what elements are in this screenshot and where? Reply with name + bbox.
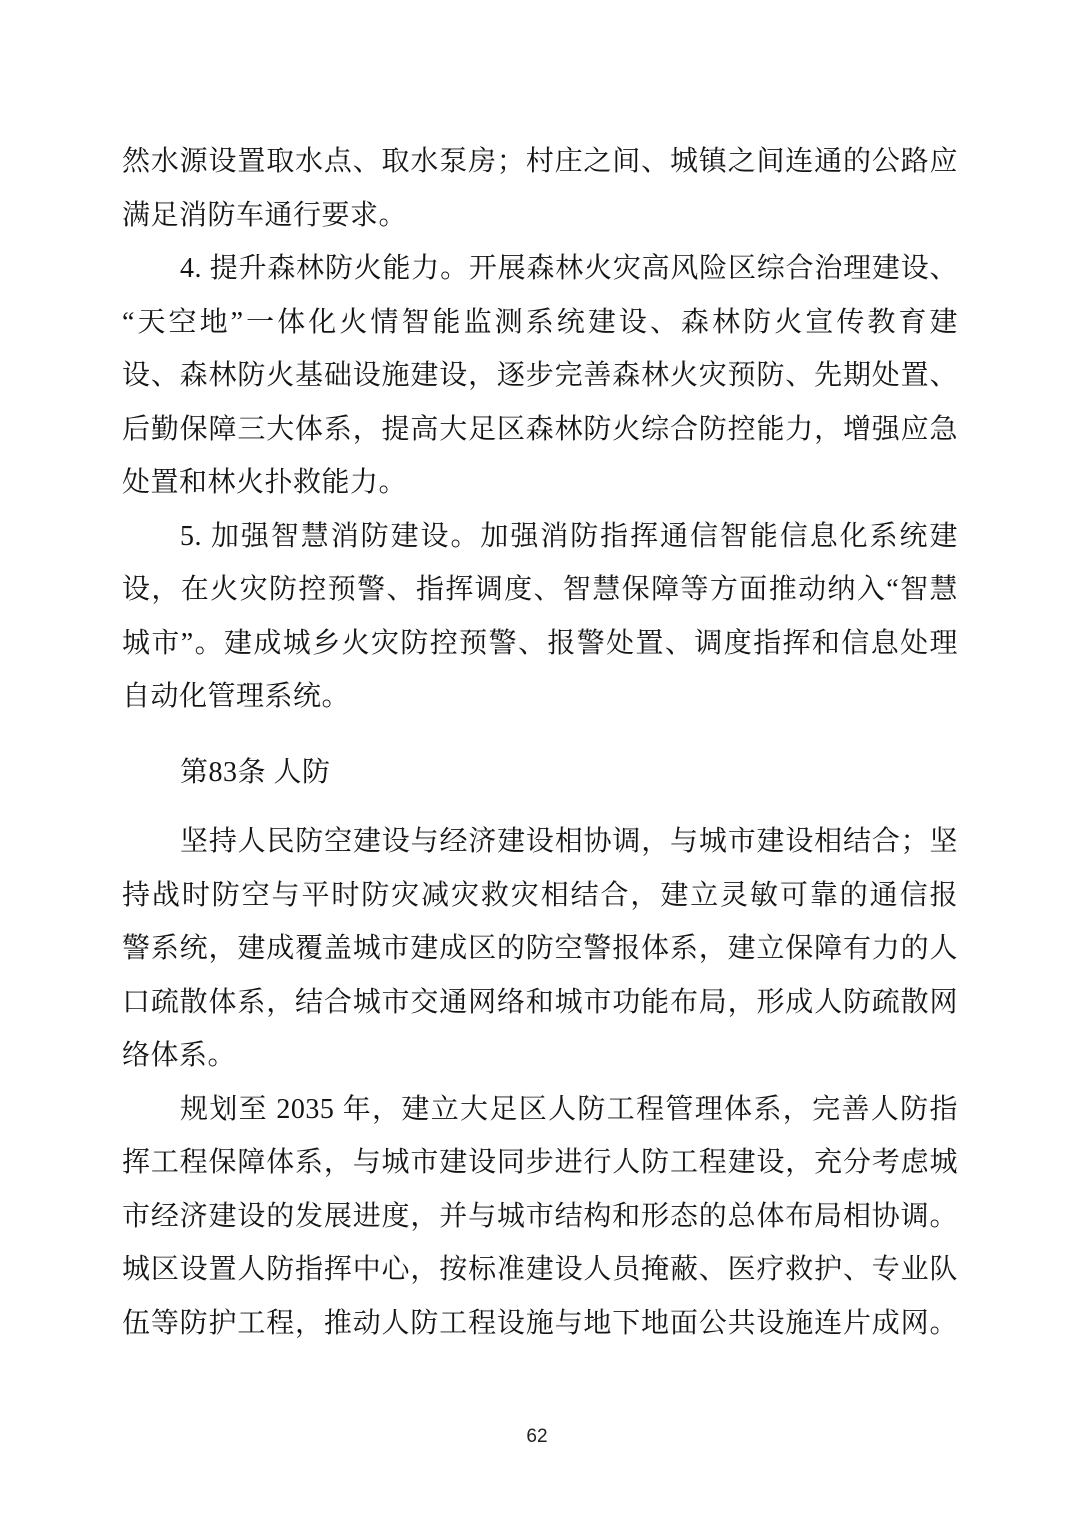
paragraph-line: 坚持人民防空建设与经济建设相协调，与城市建设相结合；坚 — [122, 815, 958, 869]
document-page: 然水源设置取水点、取水泵房；村庄之间、城镇之间连通的公路应 满足消防车通行要求。… — [0, 0, 1074, 1520]
paragraph-line: 络体系。 — [122, 1029, 958, 1083]
paragraph-line: 挥工程保障体系，与城市建设同步进行人防工程建设，充分考虑城 — [122, 1136, 958, 1190]
paragraph-line: 持战时防空与平时防灾减灾救灾相结合，建立灵敏可靠的通信报 — [122, 869, 958, 923]
paragraph-line: 口疏散体系，结合城市交通网络和城市功能布局，形成人防疏散网 — [122, 976, 958, 1030]
paragraph-line: 警系统，建成覆盖城市建成区的防空警报体系，建立保障有力的人 — [122, 922, 958, 976]
section-heading: 第83条 人防 — [122, 746, 958, 800]
paragraph-line: 城区设置人防指挥中心，按标准建设人员掩蔽、医疗救护、专业队 — [122, 1243, 958, 1297]
paragraph-line: 满足消防车通行要求。 — [122, 189, 958, 243]
paragraph-line: 规划至 2035 年，建立大足区人防工程管理体系，完善人防指 — [122, 1083, 958, 1137]
paragraph-line: 设、森林防火基础设施建设，逐步完善森林火灾预防、先期处置、 — [122, 349, 958, 403]
paragraph-line: 自动化管理系统。 — [122, 670, 958, 724]
paragraph-line: 城市”。建成城乡火灾防控预警、报警处置、调度指挥和信息处理 — [122, 617, 958, 671]
paragraph-line: 然水源设置取水点、取水泵房；村庄之间、城镇之间连通的公路应 — [122, 135, 958, 189]
page-number: 62 — [0, 1426, 1074, 1448]
document-body: 然水源设置取水点、取水泵房；村庄之间、城镇之间连通的公路应 满足消防车通行要求。… — [122, 135, 958, 1350]
paragraph-line: 5. 加强智慧消防建设。加强消防指挥通信智能信息化系统建 — [122, 510, 958, 564]
paragraph-line: 4. 提升森林防火能力。开展森林火灾高风险区综合治理建设、 — [122, 242, 958, 296]
paragraph-line: “天空地”一体化火情智能监测系统建设、森林防火宣传教育建 — [122, 296, 958, 350]
paragraph-line: 市经济建设的发展进度，并与城市结构和形态的总体布局相协调。 — [122, 1190, 958, 1244]
paragraph-line: 设，在火灾防控预警、指挥调度、智慧保障等方面推动纳入“智慧 — [122, 563, 958, 617]
paragraph-line: 处置和林火扑救能力。 — [122, 456, 958, 510]
paragraph-line: 后勤保障三大体系，提高大足区森林防火综合防控能力，增强应急 — [122, 403, 958, 457]
paragraph-line: 伍等防护工程，推动人防工程设施与地下地面公共设施连片成网。 — [122, 1297, 958, 1351]
